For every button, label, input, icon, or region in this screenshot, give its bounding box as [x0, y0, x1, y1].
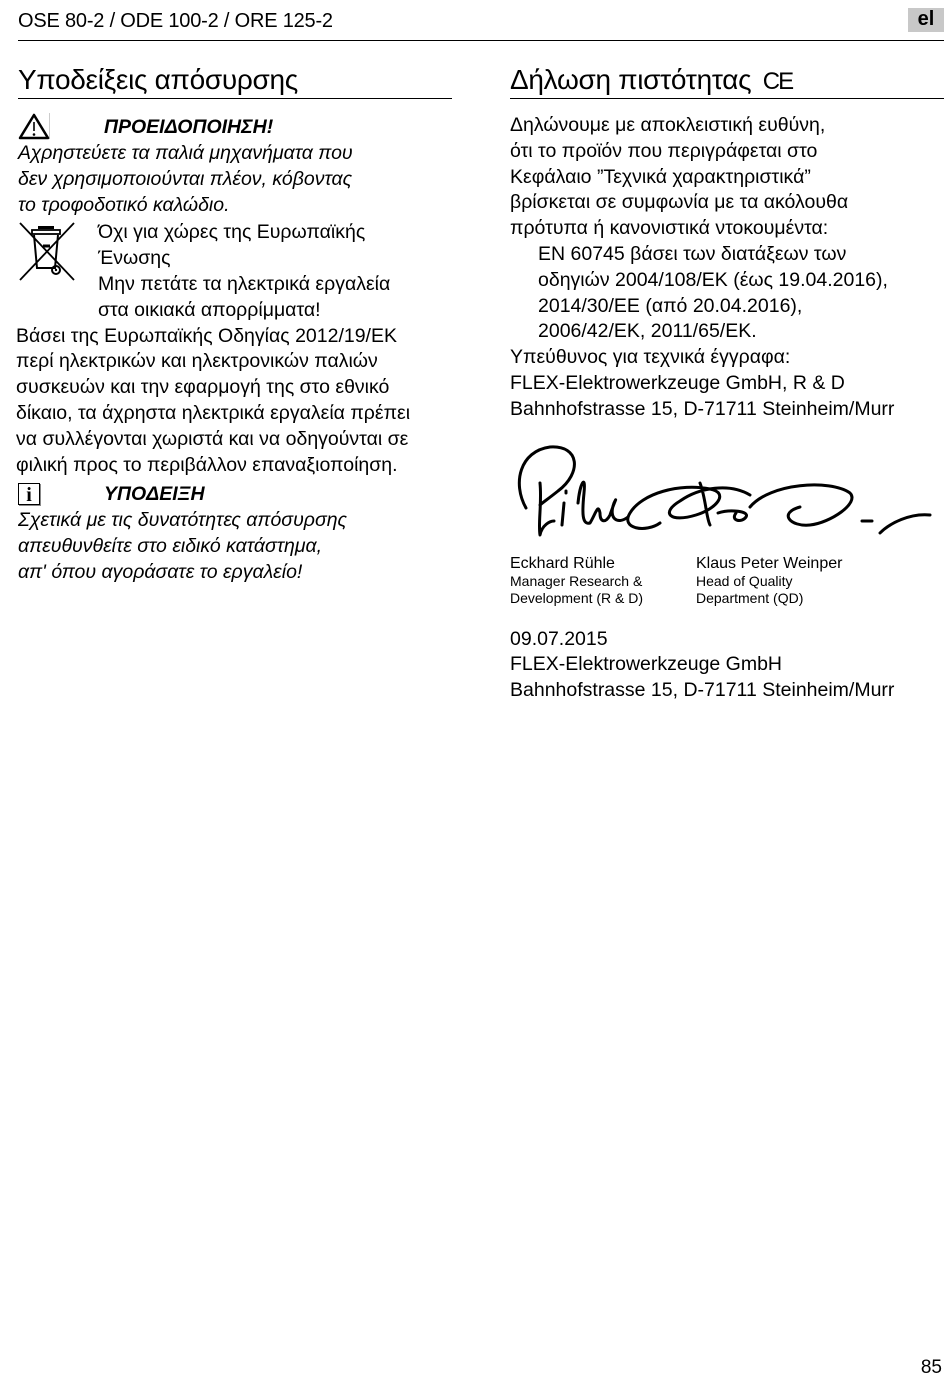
signer-name: Klaus Peter Weinper: [696, 555, 882, 573]
model-title: OSE 80-2 / ODE 100-2 / ORE 125-2: [18, 10, 333, 33]
text-line: φιλική προς το περιβάλλον επαναξιοποίηση…: [16, 453, 452, 479]
weee-notice: Όχι για χώρες της Ευρωπαϊκής Ένωσης Μην …: [18, 220, 452, 323]
text-line: Δηλώνουμε με αποκλειστική ευθύνη,: [510, 113, 944, 139]
warning-heading: ΠΡΟΕΙΔΟΠΟΙΗΣΗ!: [18, 113, 452, 141]
text-line: 2014/30/ΕΕ (από 20.04.2016),: [538, 294, 944, 320]
signer-role: Department (QD): [696, 590, 882, 607]
ce-mark-icon: CE: [763, 68, 792, 95]
conformity-title-text: Δήλωση πιστότητας: [510, 64, 751, 95]
standards-list: EN 60745 βάσει των διατάξεων των οδηγιών…: [510, 242, 944, 345]
declaration-footer: 09.07.2015 FLEX-Elektrowerkzeuge GmbH Ba…: [510, 627, 944, 704]
text-line: απ' όπου αγοράσατε το εργαλείο!: [18, 560, 452, 586]
warning-triangle-icon: [18, 113, 50, 141]
text-line: στα οικιακά απορρίμματα!: [98, 298, 390, 324]
conformity-section: Δήλωση πιστότητας CE Δηλώνουμε με αποκλε…: [510, 62, 944, 704]
info-icon: i: [18, 483, 40, 505]
warning-label: ΠΡΟΕΙΔΟΠΟΙΗΣΗ!: [104, 116, 273, 139]
text-line: πρότυπα ή κανονιστικά ντοκουμέντα:: [510, 216, 944, 242]
text-line: Bahnhofstrasse 15, D-71711 Steinheim/Mur…: [510, 397, 944, 423]
text-line: Κεφάλαιο ”Τεχνικά χαρακτηριστικά”: [510, 165, 944, 191]
signer-ruehle: Eckhard Rühle Manager Research & Develop…: [510, 555, 696, 607]
text-line: FLEX-Elektrowerkzeuge GmbH, R & D: [510, 371, 944, 397]
conformity-intro: Δηλώνουμε με αποκλειστική ευθύνη, ότι το…: [510, 113, 944, 242]
note-label: ΥΠΟΔΕΙΞΗ: [104, 483, 205, 506]
note-heading: i ΥΠΟΔΕΙΞΗ: [18, 480, 452, 508]
disposal-title: Υποδείξεις απόσυρσης: [18, 62, 452, 99]
page-header: OSE 80-2 / ODE 100-2 / ORE 125-2 el: [18, 0, 944, 41]
signer-list: Eckhard Rühle Manager Research & Develop…: [510, 555, 944, 607]
text-line: απευθυνθείτε στο ειδικό κατάστημα,: [18, 534, 452, 560]
conformity-title: Δήλωση πιστότητας CE: [510, 62, 944, 99]
text-line: βρίσκεται σε συμφωνία με τα ακόλουθα: [510, 190, 944, 216]
language-badge: el: [908, 8, 944, 32]
text-line: Αχρηστεύετε τα παλιά μηχανήματα που: [18, 141, 452, 167]
disposal-section: Υποδείξεις απόσυρσης ΠΡΟΕΙΔΟΠΟΙΗΣΗ! Αχρη…: [18, 62, 452, 586]
signer-role: Manager Research &: [510, 573, 696, 590]
text-line: Μην πετάτε τα ηλεκτρικά εργαλεία: [98, 272, 390, 298]
text-line: Βάσει της Ευρωπαϊκής Οδηγίας 2012/19/ΕΚ: [16, 324, 452, 350]
signer-name: Eckhard Rühle: [510, 555, 696, 573]
signer-weinper: Klaus Peter Weinper Head of Quality Depa…: [696, 555, 882, 607]
text-line: Ένωσης: [98, 246, 390, 272]
company-name: FLEX-Elektrowerkzeuge GmbH: [510, 652, 944, 678]
declaration-date: 09.07.2015: [510, 627, 944, 653]
text-line: να συλλέγονται χωριστά και να οδηγούνται…: [16, 427, 452, 453]
text-line: δεν χρησιμοποιούνται πλέον, κόβοντας: [18, 167, 452, 193]
text-line: 2006/42/ΕΚ, 2011/65/ΕΚ.: [538, 319, 944, 345]
responsible-party: Υπεύθυνος για τεχνικά έγγραφα: FLEX-Elek…: [510, 345, 944, 422]
text-line: Υπεύθυνος για τεχνικά έγγραφα:: [510, 345, 944, 371]
company-address: Bahnhofstrasse 15, D-71711 Steinheim/Mur…: [510, 678, 944, 704]
signer-role: Head of Quality: [696, 573, 882, 590]
crossed-out-wheelie-bin-icon: [18, 220, 78, 282]
text-line: δίκαιο, τα άχρηστα ηλεκτρικά εργαλεία πρ…: [16, 401, 452, 427]
text-line: συσκευών και την εφαρμογή της στο εθνικό: [16, 375, 452, 401]
signatures: [510, 443, 944, 553]
text-line: Όχι για χώρες της Ευρωπαϊκής: [98, 220, 390, 246]
signature-graphic: [510, 443, 944, 553]
note-text: Σχετικά με τις δυνατότητες απόσυρσης απε…: [18, 508, 452, 585]
text-line: Σχετικά με τις δυνατότητες απόσυρσης: [18, 508, 452, 534]
weee-text: Όχι για χώρες της Ευρωπαϊκής Ένωσης Μην …: [98, 220, 390, 323]
page-number: 85: [921, 1357, 942, 1379]
text-line: ότι το προϊόν που περιγράφεται στο: [510, 139, 944, 165]
text-line: περί ηλεκτρικών και ηλεκτρονικών παλιών: [16, 349, 452, 375]
signer-role: Development (R & D): [510, 590, 696, 607]
warning-text: Αχρηστεύετε τα παλιά μηχανήματα που δεν …: [18, 141, 452, 218]
directive-text: Βάσει της Ευρωπαϊκής Οδηγίας 2012/19/ΕΚ …: [16, 324, 452, 479]
text-line: EN 60745 βάσει των διατάξεων των: [538, 242, 944, 268]
text-line: οδηγιών 2004/108/ΕΚ (έως 19.04.2016),: [538, 268, 944, 294]
text-line: το τροφοδοτικό καλώδιο.: [18, 193, 452, 219]
